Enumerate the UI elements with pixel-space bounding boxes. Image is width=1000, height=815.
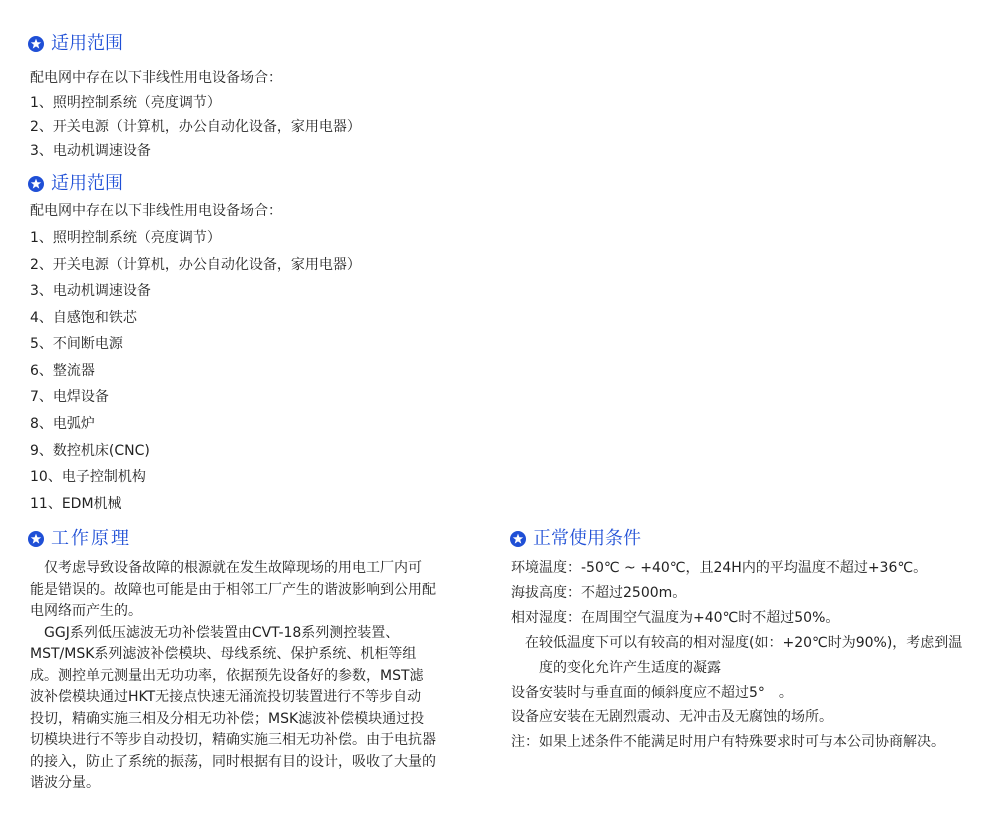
paragraph-line: 投切，精确实施三相及分相无功补偿；MSK滤波补偿模块通过投: [30, 709, 490, 731]
condition-temperature: 环境温度：-50℃ ~ +40℃，且24H内的平均温度不超过+36℃。: [511, 559, 927, 577]
list-item: 5、不间断电源: [30, 335, 123, 353]
scope-intro: 配电网中存在以下非线性用电设备场合：: [30, 202, 282, 220]
scope-intro: 配电网中存在以下非线性用电设备场合：: [30, 69, 282, 87]
list-item: 2、开关电源（计算机，办公自动化设备，家用电器）: [30, 256, 361, 274]
working-principle-text: 仅考虑导致设备故障的根源就在发生故障现场的用电工厂内可 能是错误的。故障也可能是…: [30, 558, 490, 795]
list-item: 2、开关电源（计算机，办公自动化设备，家用电器）: [30, 118, 361, 136]
star-icon: [28, 531, 44, 547]
condition-tilt: 设备安装时与垂直面的倾斜度应不超过5° 。: [511, 684, 793, 702]
list-item: 1、照明控制系统（亮度调节）: [30, 94, 221, 112]
section-title-scope-1: 适用范围: [28, 33, 123, 55]
paragraph-line: MST/MSK系列滤波补偿模块、母线系统、保护系统、机柜等组: [30, 644, 490, 666]
paragraph-line: GGJ系列低压滤波无功补偿装置由CVT-18系列测控装置、: [30, 623, 490, 645]
paragraph-line: 切模块进行不等步自动投切，精确实施三相无功补偿。由于电抗器: [30, 730, 490, 752]
list-item: 11、EDM机械: [30, 495, 122, 513]
paragraph-line: 电网络而产生的。: [30, 601, 490, 623]
condition-location: 设备应安装在无剧烈震动、无冲击及无腐蚀的场所。: [511, 708, 833, 726]
condition-humidity: 相对湿度：在周围空气温度为+40℃时不超过50%。: [511, 609, 839, 627]
condition-altitude: 海拔高度：不超过2500m。: [511, 584, 686, 602]
section-title-scope-2: 适用范围: [28, 173, 123, 195]
condition-humidity-note-cont: 度的变化允许产生适度的凝露: [511, 659, 721, 677]
list-item: 6、整流器: [30, 362, 95, 380]
section-title-text: 适用范围: [51, 33, 123, 55]
paragraph-line: 能是错误的。故障也可能是由于相邻工厂产生的谐波影响到公用配: [30, 580, 490, 602]
star-icon: [28, 36, 44, 52]
paragraph-line: 仅考虑导致设备故障的根源就在发生故障现场的用电工厂内可: [30, 558, 490, 580]
section-title-text: 适用范围: [51, 173, 123, 195]
paragraph-line: 波补偿模块通过HKT无接点快速无涌流投切装置进行不等步自动: [30, 687, 490, 709]
list-item: 4、自感饱和铁芯: [30, 309, 137, 327]
list-item: 8、电弧炉: [30, 415, 95, 433]
list-item: 10、电子控制机构: [30, 468, 146, 486]
list-item: 7、电焊设备: [30, 388, 109, 406]
section-title-text: 正常使用条件: [533, 528, 641, 550]
paragraph-line: 谐波分量。: [30, 773, 490, 795]
paragraph-line: 成。测控单元测量出无功功率，依据预先设备好的参数，MST滤: [30, 666, 490, 688]
paragraph-line: 的接入，防止了系统的振荡，同时根据有目的设计，吸收了大量的: [30, 752, 490, 774]
condition-note: 注：如果上述条件不能满足时用户有特殊要求时可与本公司协商解决。: [511, 733, 945, 751]
star-icon: [510, 531, 526, 547]
list-item: 1、照明控制系统（亮度调节）: [30, 229, 221, 247]
list-item: 3、电动机调速设备: [30, 142, 151, 160]
section-title-text: 工作原理: [51, 528, 131, 550]
section-title-operating-conditions: 正常使用条件: [510, 528, 641, 550]
condition-humidity-note: 在较低温度下可以有较高的相对湿度(如：+20℃时为90%)，考虑到温: [511, 634, 962, 652]
list-item: 9、数控机床(CNC): [30, 442, 150, 460]
star-icon: [28, 176, 44, 192]
section-title-working-principle: 工作原理: [28, 528, 131, 550]
list-item: 3、电动机调速设备: [30, 282, 151, 300]
